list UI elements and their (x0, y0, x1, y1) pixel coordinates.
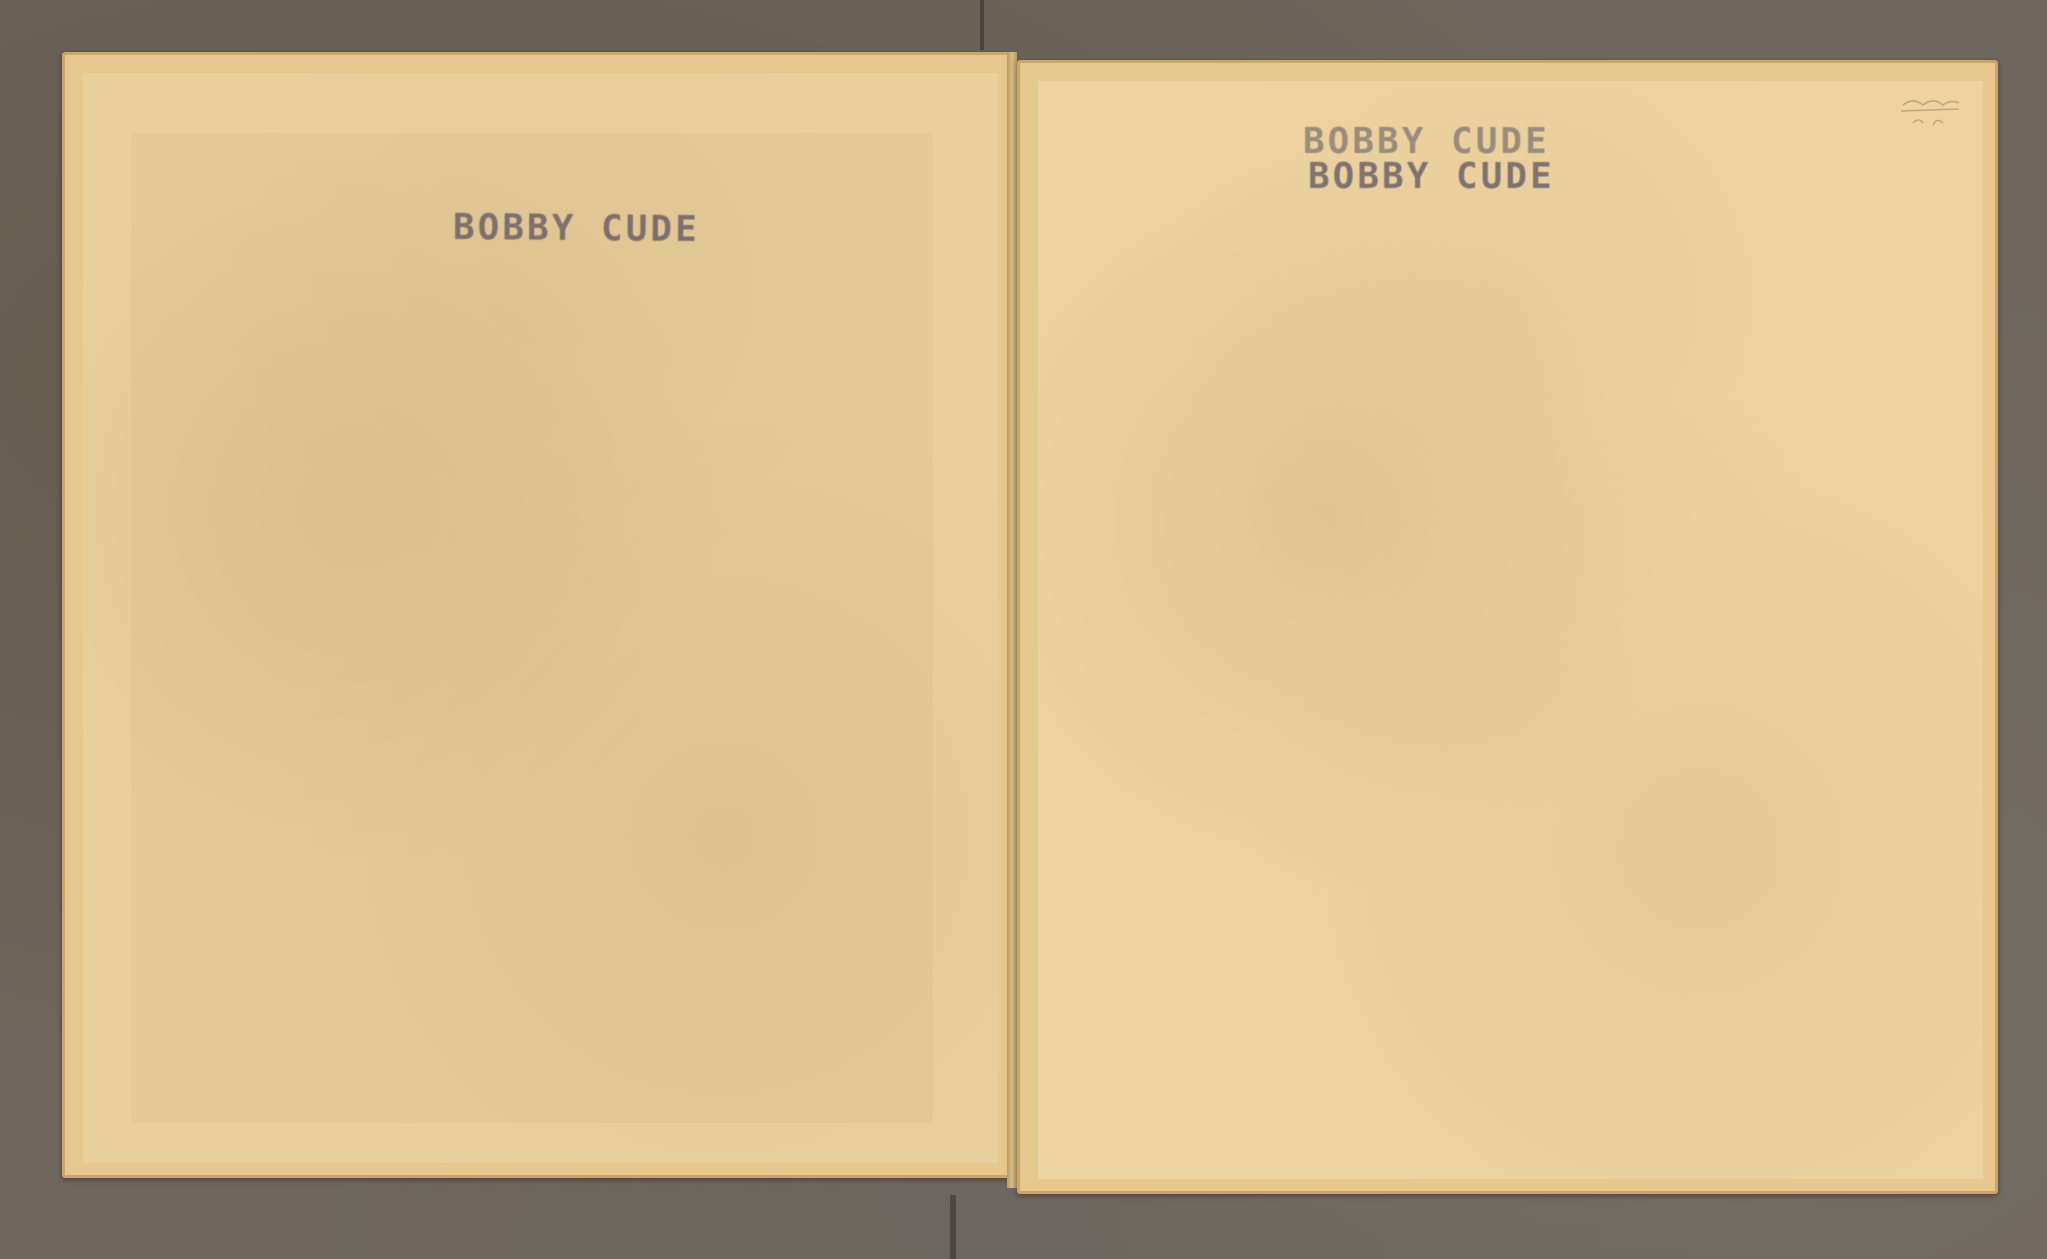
owner-stamp: BOBBY CUDE (453, 207, 700, 250)
left-endpaper: BOBBY CUDE (83, 73, 998, 1163)
right-endpaper: BOBBY CUDE BOBBY CUDE (1038, 81, 1983, 1179)
left-cover-board: BOBBY CUDE (62, 52, 1013, 1178)
surface-seam (980, 0, 984, 50)
surface-seam (950, 1195, 956, 1259)
left-page-discoloration (131, 133, 933, 1123)
pencil-mark-icon (1897, 93, 1965, 133)
open-book: BOBBY CUDE BOBBY CUDE BOBBY CUDE (62, 52, 1995, 1192)
owner-stamp: BOBBY CUDE (1308, 156, 1555, 197)
book-spine-gutter (1007, 52, 1017, 1188)
right-cover-board: BOBBY CUDE BOBBY CUDE (1017, 60, 1998, 1194)
